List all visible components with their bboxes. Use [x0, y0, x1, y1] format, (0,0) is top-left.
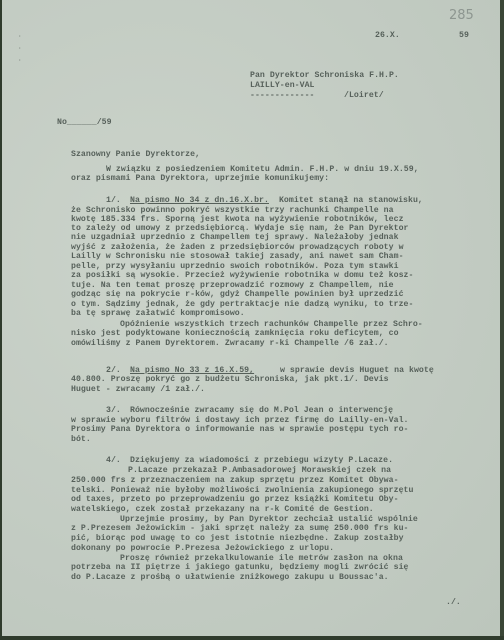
point-line: nisko jest podyktowane koniecznością zam… [71, 329, 399, 339]
point-line: P.Lacaze przekazał P.Ambasadorowej Moraw… [128, 466, 391, 476]
point-line: do P.Lacaze z prośbą o ułatwienie zniżko… [71, 573, 389, 583]
point-line: Prosimy Pana Dyrektora o informowanie na… [71, 425, 409, 435]
archive-number: 285 [449, 8, 474, 23]
point-line: Dziękujemy za wiadomości z przebiegu wiz… [130, 456, 393, 466]
punch-marks: ··· [18, 34, 22, 64]
point-number: 1/. [106, 196, 121, 206]
point-line: pić, biorąc pod uwagę to co jest istotni… [71, 534, 404, 544]
recipient-underline: ------------- [250, 91, 315, 101]
point-line: godząc się na pokrycie r-ków, gdyż Champ… [71, 290, 404, 300]
document-page: ··· 285 26.X. 59 Pan Dyrektor Schroniska… [2, 0, 502, 636]
recipient-line1: Pan Dyrektor Schroniska F.H.P. [250, 71, 399, 81]
recipient-line2: LAILLY-en-VAL [250, 81, 315, 91]
point-line: dokonany po powrocie P.Prezesa Jeżowicki… [71, 544, 334, 554]
point-line: Huguet - zwracamy /1 zał./. [71, 385, 205, 395]
point-line: nie uzgadniał uprzednio z Champellem tej… [71, 233, 399, 243]
point-line: omówiliśmy z Panem Dyrektorem. Zwracamy … [71, 339, 389, 349]
point-line: Lailly w Schronisku nie stosował takiej … [71, 252, 404, 262]
point-line: od taxes, przeto po przeprowadzeniu go p… [71, 495, 399, 505]
scan-edge-bottom [0, 636, 504, 640]
point-number: 3/. [106, 406, 121, 416]
point-line: bót. [71, 435, 91, 445]
point-line: ba tę sprawę załatwić kompromisowo. [71, 309, 245, 319]
point-number: 4/. [106, 456, 121, 466]
scan-edge-right [500, 0, 504, 640]
intro-line: oraz pismami Pana Dyrektora, uprzejmie k… [71, 174, 329, 184]
point-line: potrzeba na II piętrze i jakiego gatunku… [71, 563, 409, 573]
reference-number: No______/59 [57, 118, 112, 128]
point-reference: Na pismo No 34 z dn.16.X.br. [130, 196, 269, 206]
point-line: z P.Prezesem Jeżowickim - jaki sprzęt na… [71, 524, 409, 534]
continuation-mark: ./. [446, 598, 461, 608]
date: 26.X. [375, 31, 400, 41]
year: 59 [459, 31, 469, 41]
point-line: Komitet stanął na stanowisku, [274, 196, 423, 206]
recipient-region: /Loiret/ [344, 91, 384, 101]
point-line: za posiłki są wysokie. Przecież wyżywien… [71, 271, 413, 281]
salutation: Szanowny Panie Dyrektorze, [71, 150, 200, 160]
point-line: 40.800. Proszę pokryć go z budżetu Schro… [71, 375, 389, 385]
point-line: 250.000 frs z przeznaczeniem na zakup sp… [71, 476, 399, 486]
point-line: watelskiego, czek został przekazany na r… [71, 505, 374, 515]
point-line: Równocześnie zwracamy się do M.Pol Jean … [130, 406, 393, 416]
